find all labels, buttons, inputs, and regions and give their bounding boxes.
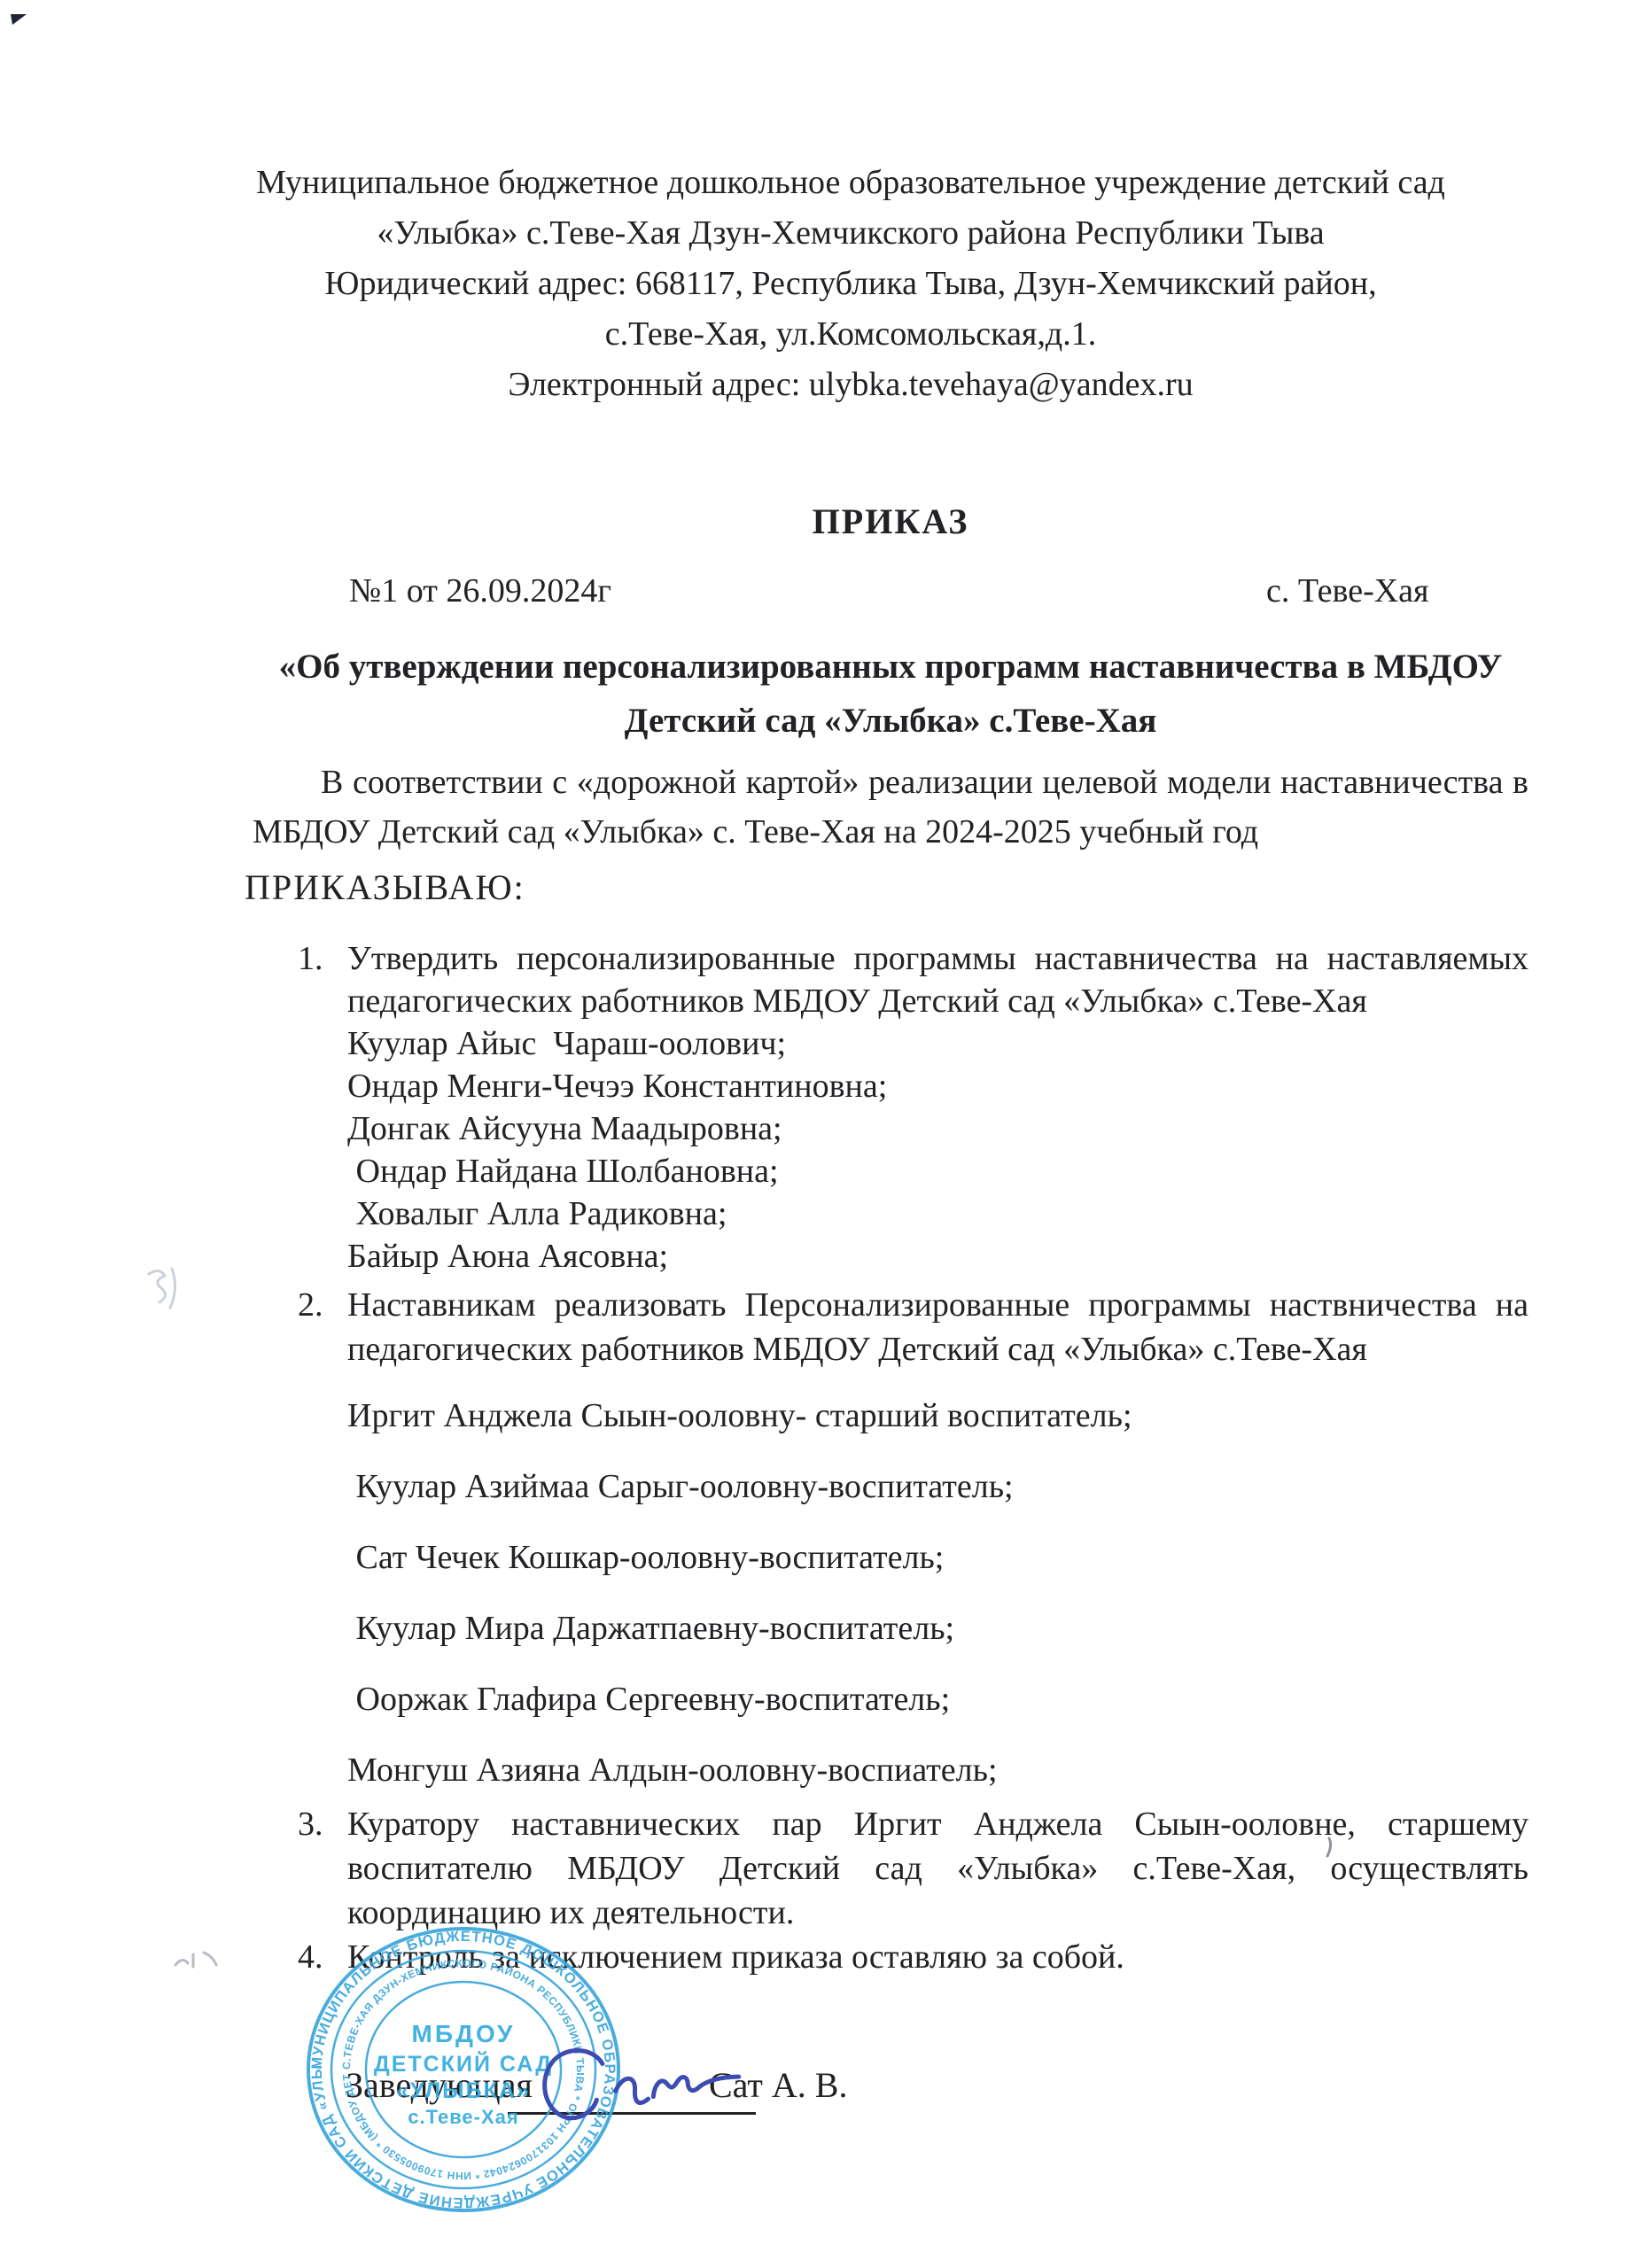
order-subject: «Об утверждении персонализированных прог…	[253, 640, 1528, 748]
order-item-2: 2. Наставникам реализовать Персонализиро…	[347, 1283, 1528, 1806]
item-number: 3.	[298, 1802, 323, 1846]
order-subject-line: Детский сад «Улыбка» с.Теве-Хая	[253, 694, 1528, 748]
item-number: 2.	[298, 1283, 323, 1327]
stamp-center-line: «УЛЫБКА»	[396, 2078, 531, 2103]
mentee-name: Ондар Менги-Чечээ Константиновна;	[347, 1065, 1528, 1107]
mentor-name: Монгуш Азияна Алдын-ооловну-воспиатель;	[347, 1735, 1528, 1806]
scan-artifact-mark	[170, 1946, 223, 1976]
order-number: №1 от 26.09.2024г	[349, 571, 611, 610]
mentee-name: Ондар Найдана Шолбановна;	[347, 1150, 1528, 1192]
order-item-3: 3. Куратору наставнических пар Иргит Анд…	[347, 1802, 1528, 1935]
org-name-line: «Улыбка» с.Теве-Хая Дзун-Хемчикского рай…	[213, 208, 1489, 259]
item-number: 1.	[298, 937, 323, 980]
mentee-name: Донгак Айсууна Маадыровна;	[347, 1107, 1528, 1150]
org-name-line: Муниципальное бюджетное дошкольное образ…	[213, 158, 1489, 208]
preamble-line: В соответствии с «дорожной картой» реали…	[253, 757, 1528, 807]
item-text-line: воспитателю МБДОУ Детский сад «Улыбка» с…	[347, 1846, 1528, 1891]
mentor-name: Сат Чечек Кошкар-ооловну-воспитатель;	[347, 1522, 1528, 1593]
item-text-line: педагогических работников МБДОУ Детский …	[347, 1327, 1528, 1371]
item-text-line: Наставникам реализовать Персонализирован…	[347, 1283, 1528, 1327]
stamp-center-line: с.Теве-Хая	[408, 2106, 518, 2128]
stamp-center-line: МБДОУ	[412, 2020, 516, 2047]
document-page: Муниципальное бюджетное дошкольное образ…	[0, 0, 1649, 2268]
mentor-name: Ооржак Глафира Сергеевну-воспитатель;	[347, 1664, 1528, 1735]
mentee-name: Ховалыг Алла Радиковна;	[347, 1192, 1528, 1235]
mentee-name: Куулар Айыс Чараш-оолович;	[347, 1022, 1528, 1065]
order-place: с. Теве-Хая	[1266, 571, 1429, 610]
mentee-name: Байыр Аюна Аясовна;	[347, 1235, 1528, 1278]
org-email-line: Электронный адрес: ulybka.tevehaya@yande…	[213, 360, 1489, 410]
preamble-line: МБДОУ Детский сад «Улыбка» с. Теве-Хая н…	[253, 807, 1528, 857]
stamp-center-line: ДЕТСКИЙ САД	[374, 2050, 553, 2077]
item-text-line: педагогических работников МБДОУ Детский …	[347, 980, 1528, 1022]
order-subject-line: «Об утверждении персонализированных прог…	[253, 640, 1528, 694]
order-preamble: В соответствии с «дорожной картой» реали…	[253, 757, 1528, 857]
mentor-name: Куулар Азиймаа Сарыг-ооловну-воспитатель…	[347, 1451, 1528, 1522]
org-header: Муниципальное бюджетное дошкольное образ…	[213, 158, 1489, 410]
mentor-name-list: Иргит Анджела Сыын-ооловну- старший восп…	[347, 1380, 1528, 1806]
org-address-line: с.Теве-Хая, ул.Комсомольская,д.1.	[213, 309, 1489, 360]
org-address-line: Юридический адрес: 668117, Республика Ты…	[213, 259, 1489, 309]
scan-artifact-scribble	[140, 1263, 184, 1317]
scan-artifact-corner	[7, 11, 32, 34]
order-item-1: 1. Утвердить персонализированные програм…	[347, 937, 1528, 1278]
decree-word: ПРИКАЗЫВАЮ:	[245, 866, 525, 908]
item-text-line: Куратору наставнических пар Иргит Анджел…	[347, 1802, 1528, 1846]
mentor-name: Куулар Мира Даржатпаевну-воспитатель;	[347, 1593, 1528, 1664]
mentee-name-list: Куулар Айыс Чараш-оолович; Ондар Менги-Ч…	[347, 1022, 1528, 1278]
order-heading: ПРИКАЗ	[253, 501, 1528, 542]
mentor-name: Иргит Анджела Сыын-ооловну- старший восп…	[347, 1380, 1528, 1451]
item-text-line: Утвердить персонализированные программы …	[347, 937, 1528, 980]
handwritten-signature	[528, 2031, 750, 2137]
